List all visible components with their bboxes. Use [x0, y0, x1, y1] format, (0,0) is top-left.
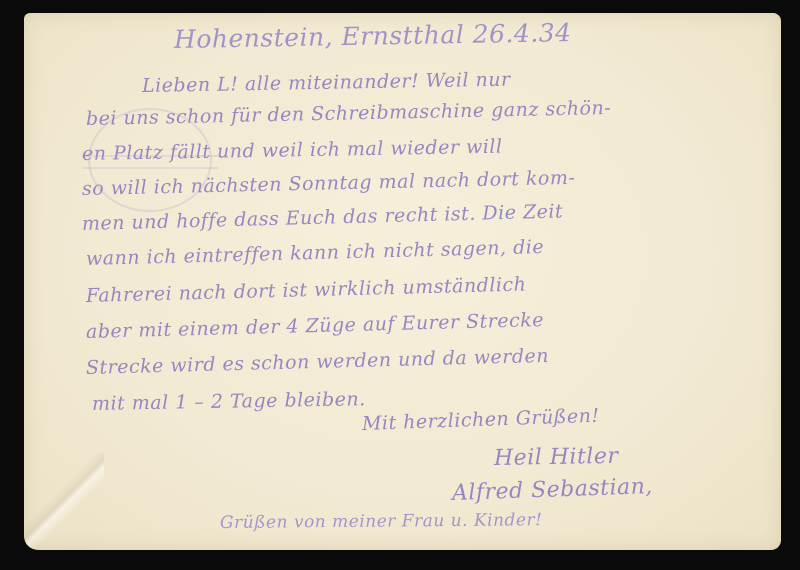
- letter-line-6: wann ich eintreffen kann ich nicht sagen…: [86, 236, 545, 270]
- postcard: Hohenstein, Ernstthal 26.4.34 Lieben L! …: [24, 13, 781, 550]
- postscript: Grüßen von meiner Frau u. Kinder!: [220, 510, 543, 533]
- signature: Alfred Sebastian,: [452, 474, 654, 506]
- letter-line-4: so will ich nächsten Sonntag mal nach do…: [82, 167, 576, 200]
- closing-greeting: Mit herzlichen Grüßen!: [362, 405, 600, 435]
- paper-crease: [24, 453, 104, 550]
- letter-line-3: en Platz fällt und weil ich mal wieder w…: [82, 136, 503, 165]
- letter-line-9: Strecke wird es schon werden und da werd…: [86, 345, 550, 379]
- letter-line-8: aber mit einem der 4 Züge auf Eurer Stre…: [86, 309, 545, 343]
- letter-line-1: Lieben L! alle miteinander! Weil nur: [142, 69, 511, 97]
- letter-line-2: bei uns schon für den Schreibmaschine ga…: [86, 97, 612, 130]
- letter-line-10: mit mal 1 – 2 Tage bleiben.: [92, 388, 366, 415]
- place-date-heading: Hohenstein, Ernstthal 26.4.34: [174, 18, 572, 54]
- letter-line-5: men und hoffe dass Euch das recht ist. D…: [82, 200, 564, 235]
- letter-line-7: Fahrerei nach dort ist wirklich umständl…: [86, 273, 527, 307]
- salutation: Heil Hitler: [494, 444, 619, 471]
